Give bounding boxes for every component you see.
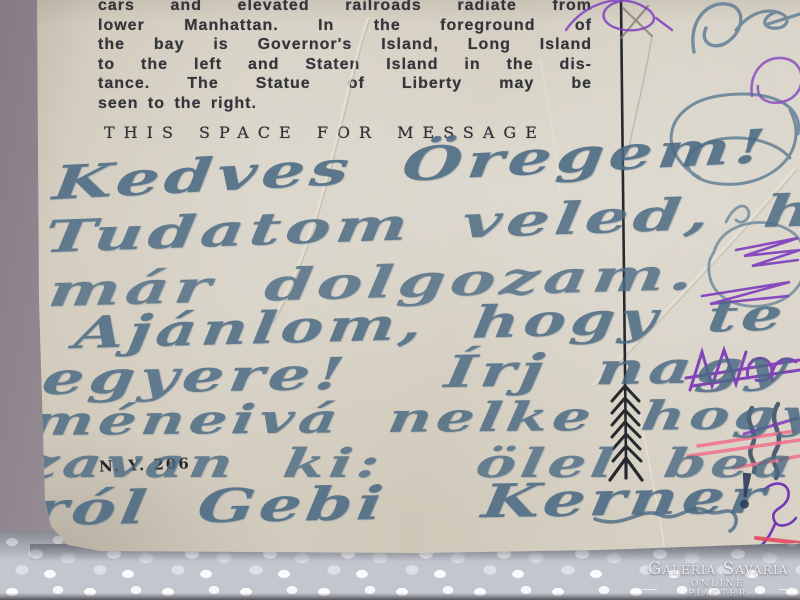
purple-swirl-top: [566, 0, 672, 30]
handwriting-line: méneivá nelke hogy gh: [27, 390, 800, 445]
purple-loop-top-corner: [752, 58, 800, 103]
watermark-title: Galéria Savaria: [642, 560, 794, 579]
photo-bottom-edge: [0, 593, 800, 600]
red-underline-mark: [756, 538, 800, 543]
postcard-photo: cars and elevated railroads radiate from…: [0, 0, 800, 600]
postcard: cars and elevated railroads radiate from…: [0, 0, 800, 600]
